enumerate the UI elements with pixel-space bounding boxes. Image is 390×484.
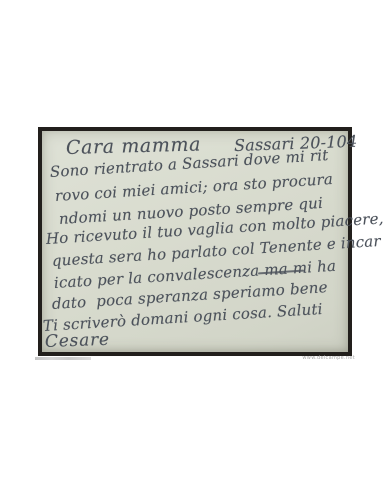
left-watermark-microtext <box>35 357 91 360</box>
handwritten-message: Cara mamma Sassari 20-104 Sono rientrato… <box>42 131 348 352</box>
signature-text: Cesare <box>45 331 111 352</box>
delcampe-watermark-text: www.delcampe.net <box>302 355 355 361</box>
postcard-scan: Cara mamma Sassari 20-104 Sono rientrato… <box>38 127 352 356</box>
